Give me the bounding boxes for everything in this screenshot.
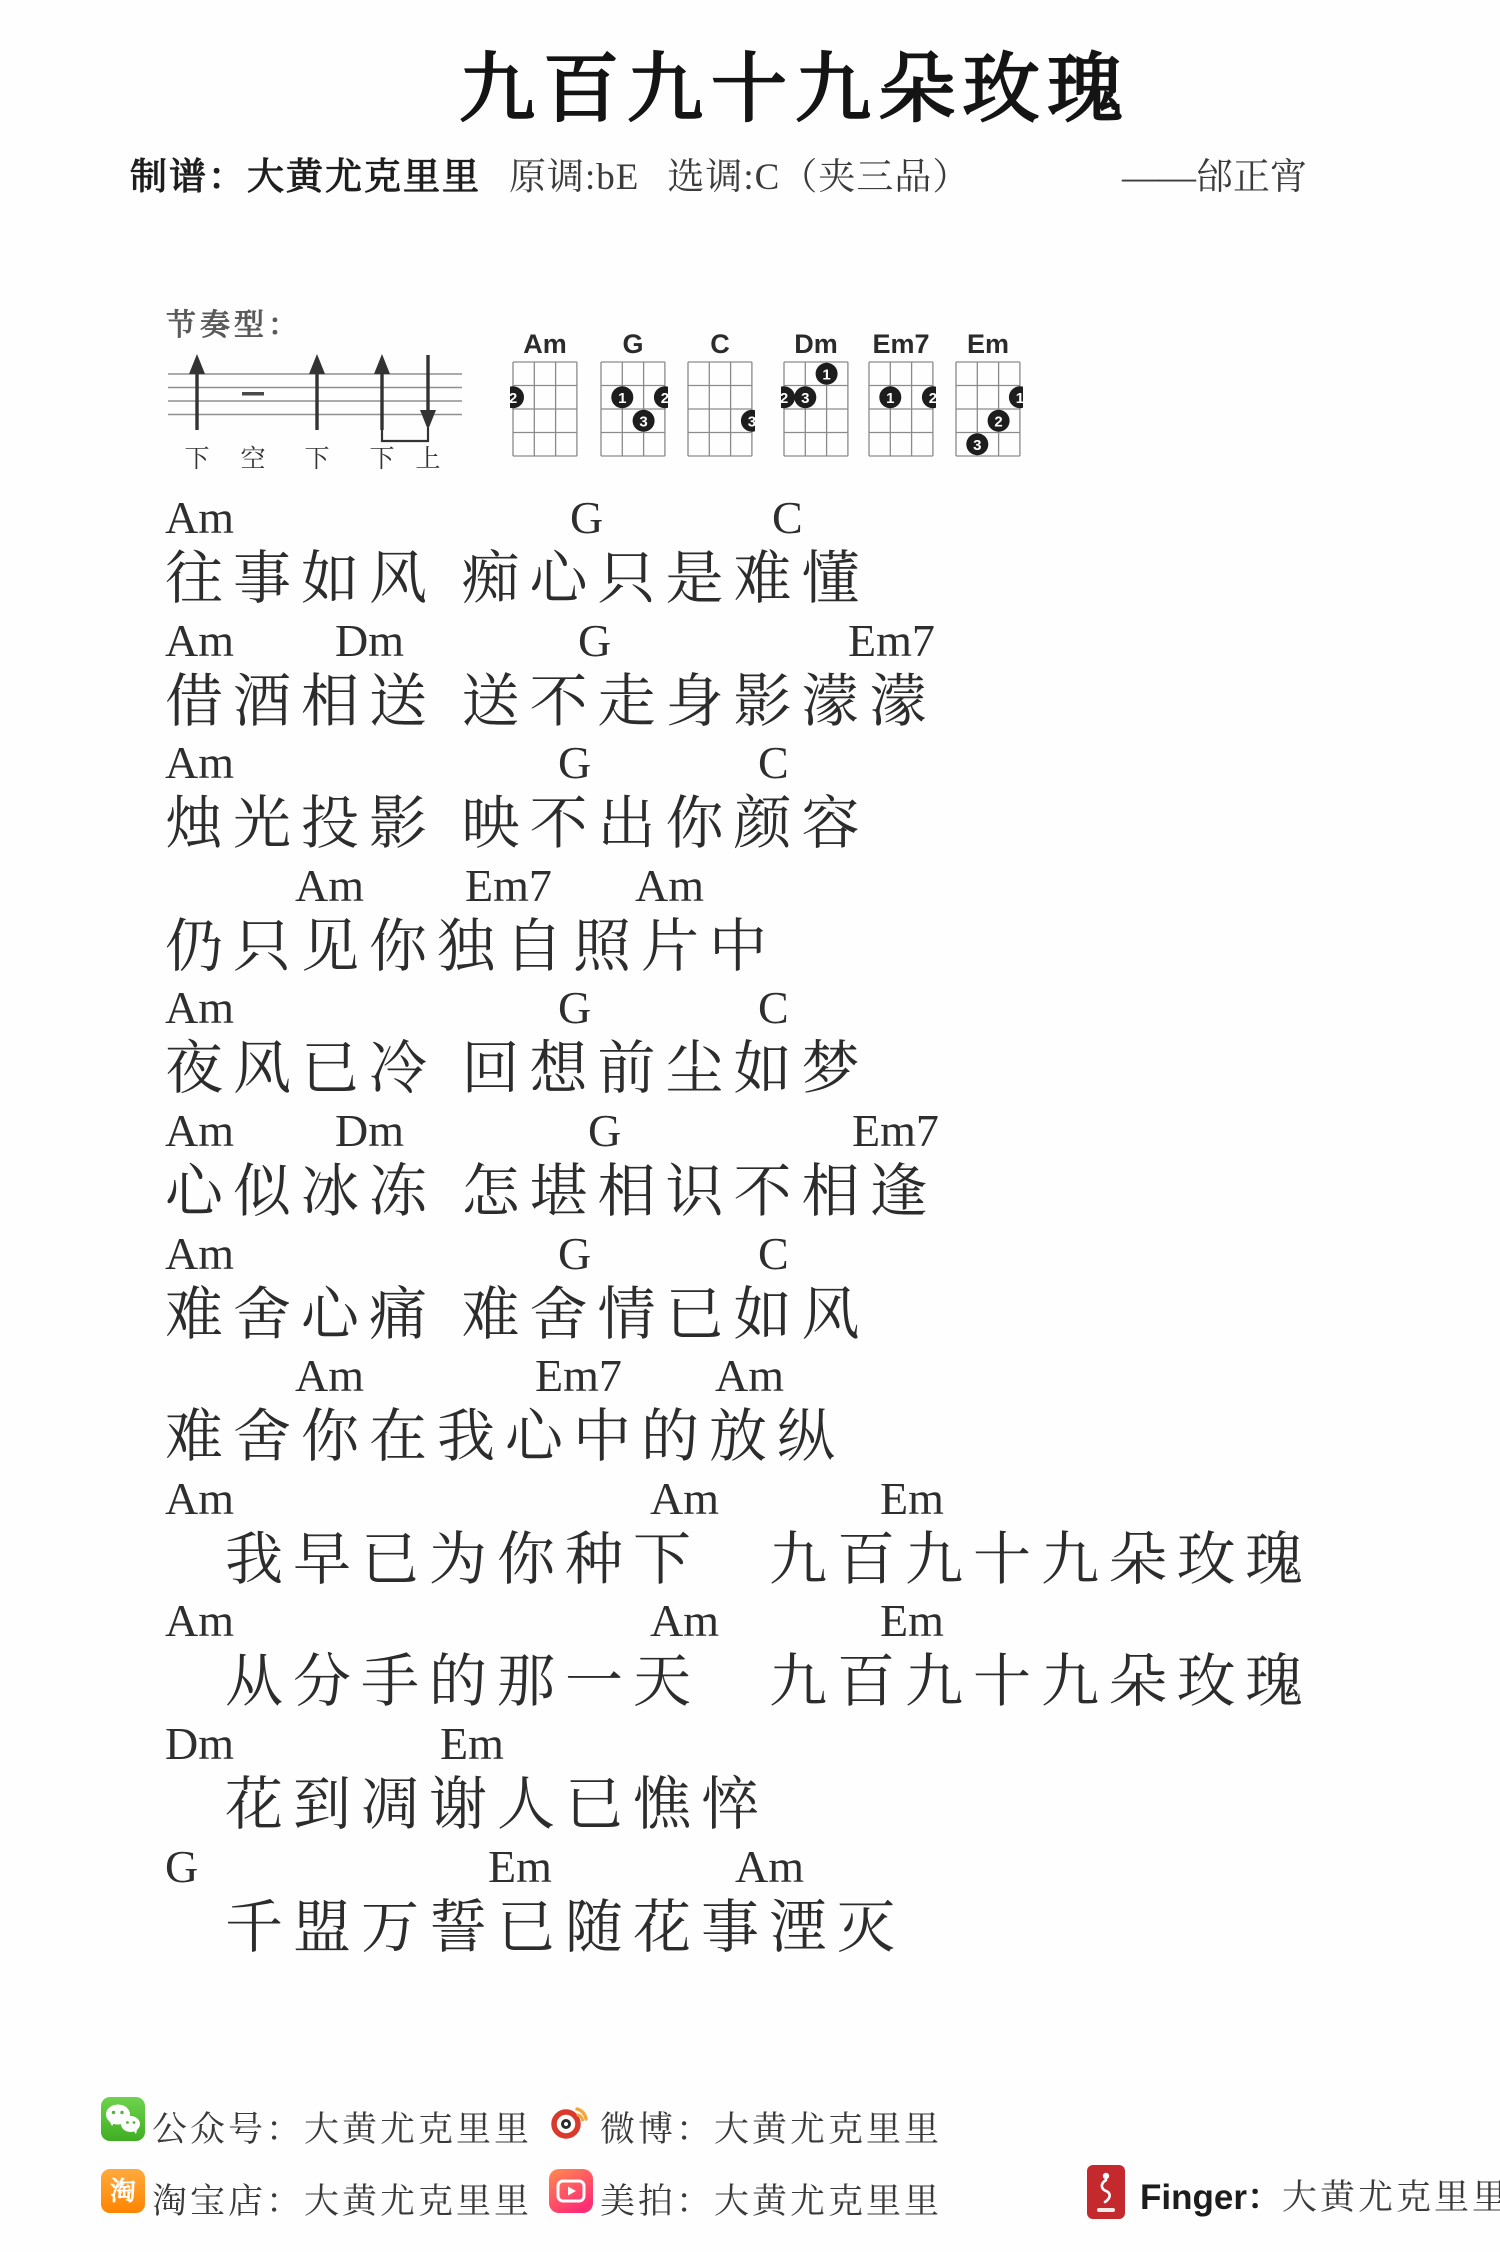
chord-Am: Am — [650, 1593, 719, 1649]
svg-text:2: 2 — [994, 413, 1002, 430]
footer-text: Finger：大黄尤克里里 — [1140, 2170, 1500, 2220]
chord-row: AmGC — [0, 735, 1500, 792]
chord-grid: 123 — [953, 360, 1023, 460]
lyric-line: 往事如风 痴心只是难懂 — [0, 547, 1500, 611]
chord-C: C — [758, 980, 789, 1036]
chord-Dm: Dm — [335, 1103, 404, 1159]
song-lines: AmGC往事如风 痴心只是难懂AmDmGEm7借酒相送 送不走身影濛濛AmGC烛… — [0, 490, 1500, 1961]
chord-row: DmEm — [0, 1716, 1500, 1773]
footer-account-name: 大黄尤克里里 — [304, 2110, 532, 2149]
chord-C: C — [758, 1226, 789, 1282]
chord-Dm: Dm — [335, 613, 404, 669]
strum-arrow-down — [420, 355, 436, 430]
song-line-12: GEmAm千盟万誓已随花事湮灭 — [0, 1839, 1500, 1962]
chord-row: AmAmEm — [0, 1593, 1500, 1650]
lyric-line: 借酒相送 送不走身影濛濛 — [0, 670, 1500, 734]
chord-diagram-name: Dm — [781, 330, 851, 360]
selected-key: 选调:C（夹三品） — [667, 157, 970, 198]
chord-G: G — [578, 613, 611, 669]
chord-diagram-Em7: Em712 — [866, 330, 936, 465]
footer-label: 微博： — [600, 2110, 714, 2149]
lyric-line: 从分手的那一天 九百九十九朵玫瑰 — [0, 1650, 1500, 1714]
song-line-9: AmAmEm我早已为你种下 九百九十九朵玫瑰 — [0, 1471, 1500, 1594]
chord-row: AmGC — [0, 490, 1500, 547]
producer-label: 制谱： — [130, 156, 247, 197]
chord-Am: Am — [165, 1226, 234, 1282]
chord-G: G — [588, 1103, 621, 1159]
chord-Am: Am — [715, 1348, 784, 1404]
song-line-10: AmAmEm从分手的那一天 九百九十九朵玫瑰 — [0, 1593, 1500, 1716]
lyric-line: 心似冰冻 怎堪相识不相逢 — [0, 1160, 1500, 1224]
svg-text:淘: 淘 — [110, 2176, 136, 2206]
lyric-line: 难舍心痛 难舍情已如风 — [0, 1283, 1500, 1347]
chord-diagram-name: Em7 — [866, 330, 936, 360]
strum-label: 下 — [184, 445, 209, 473]
lyric-line: 难舍你在我心中的放纵 — [0, 1405, 1500, 1469]
chord-diagram-name: Am — [510, 330, 580, 360]
svg-text:3: 3 — [748, 413, 755, 430]
sheet-meta: 制谱：大黄尤克里里原调:bE选调:C（夹三品） — [130, 146, 970, 200]
svg-text:2: 2 — [929, 390, 936, 407]
footer-account-name: 大黄尤克里里 — [1282, 2178, 1500, 2217]
song-line-8: AmEm7Am难舍你在我心中的放纵 — [0, 1348, 1500, 1471]
taobao-icon: 淘 — [100, 2168, 146, 2219]
chord-G: G — [558, 1226, 591, 1282]
rest-mark — [242, 392, 264, 396]
footer-text: 公众号：大黄尤克里里 — [152, 2102, 532, 2152]
svg-text:1: 1 — [886, 390, 894, 407]
svg-text:2: 2 — [661, 390, 668, 407]
chord-Em: Em — [880, 1471, 944, 1527]
strum-label: 下 — [304, 445, 329, 473]
footer-label: 公众号： — [152, 2110, 304, 2149]
chord-Em7: Em7 — [535, 1348, 622, 1404]
footer-text: 美拍：大黄尤克里里 — [600, 2174, 942, 2224]
finger-icon — [1086, 2164, 1126, 2225]
chord-grid: 123 — [598, 360, 668, 460]
song-line-7: AmGC难舍心痛 难舍情已如风 — [0, 1226, 1500, 1349]
strum-arrow-up — [189, 354, 205, 430]
chord-C: C — [758, 735, 789, 791]
footer-label: 淘宝店： — [152, 2182, 304, 2221]
artist-credit: ——邰正宵 — [1122, 146, 1307, 200]
chord-Am: Am — [165, 1471, 234, 1527]
chord-sheet-page: 九百九十九朵玫瑰 制谱：大黄尤克里里原调:bE选调:C（夹三品） ——邰正宵 节… — [0, 0, 1500, 2252]
footer-account-name: 大黄尤克里里 — [714, 2110, 942, 2149]
chord-diagram-name: Em — [953, 330, 1023, 360]
chord-diagram-name: G — [598, 330, 668, 360]
chord-grid: 123 — [781, 360, 851, 460]
strum-label: 空 — [240, 445, 265, 473]
chord-Am: Am — [735, 1839, 804, 1895]
strumming-pattern-diagram: 下空下下上 — [160, 340, 480, 478]
chord-Am: Am — [650, 1471, 719, 1527]
chord-diagram-C: C3 — [685, 330, 755, 465]
wechat-icon — [100, 2096, 146, 2147]
chord-row: AmGC — [0, 980, 1500, 1037]
song-line-11: DmEm花到凋谢人已憔悴 — [0, 1716, 1500, 1839]
lyric-line: 仍只见你独自照片中 — [0, 915, 1500, 979]
chord-row: AmAmEm — [0, 1471, 1500, 1528]
chord-diagram-Dm: Dm123 — [781, 330, 851, 465]
chord-row: AmEm7Am — [0, 858, 1500, 915]
svg-text:3: 3 — [801, 390, 809, 407]
svg-text:2: 2 — [510, 390, 517, 407]
weibo-icon — [548, 2096, 594, 2147]
footer-text: 淘宝店：大黄尤克里里 — [152, 2174, 532, 2224]
lyric-line: 夜风已冷 回想前尘如梦 — [0, 1037, 1500, 1101]
svg-text:3: 3 — [973, 437, 981, 454]
chord-C: C — [772, 490, 803, 546]
rhythm-pattern-label: 节奏型： — [166, 300, 302, 344]
producer-name: 大黄尤克里里 — [247, 156, 481, 197]
lyric-line: 花到凋谢人已憔悴 — [0, 1773, 1500, 1837]
chord-Am: Am — [165, 1593, 234, 1649]
footer-account-name: 大黄尤克里里 — [714, 2182, 942, 2221]
chord-diagram-Em: Em123 — [953, 330, 1023, 465]
footer-account-name: 大黄尤克里里 — [304, 2182, 532, 2221]
lyric-line: 千盟万誓已随花事湮灭 — [0, 1896, 1500, 1960]
chord-Em7: Em7 — [852, 1103, 939, 1159]
chord-Am: Am — [165, 980, 234, 1036]
chord-Am: Am — [635, 858, 704, 914]
song-line-3: AmGC烛光投影 映不出你颜容 — [0, 735, 1500, 858]
chord-row: AmDmGEm7 — [0, 1103, 1500, 1160]
chord-grid: 3 — [685, 360, 755, 460]
song-line-2: AmDmGEm7借酒相送 送不走身影濛濛 — [0, 613, 1500, 736]
svg-text:3: 3 — [639, 413, 647, 430]
chord-G: G — [165, 1839, 198, 1895]
chord-diagram-Am: Am2 — [510, 330, 580, 465]
chord-Am: Am — [295, 1348, 364, 1404]
chord-row: AmGC — [0, 1226, 1500, 1283]
meipai-icon — [548, 2168, 594, 2219]
footer-text: 微博：大黄尤克里里 — [600, 2102, 942, 2152]
chord-row: AmDmGEm7 — [0, 613, 1500, 670]
chord-grid: 2 — [510, 360, 580, 460]
page-title: 九百九十九朵玫瑰 — [90, 28, 1500, 137]
svg-text:2: 2 — [781, 390, 788, 407]
svg-text:1: 1 — [822, 366, 830, 383]
song-line-1: AmGC往事如风 痴心只是难懂 — [0, 490, 1500, 613]
lyric-line: 我早已为你种下 九百九十九朵玫瑰 — [0, 1528, 1500, 1592]
chord-diagram-name: C — [685, 330, 755, 360]
strum-arrow-up — [309, 354, 325, 430]
chord-Am: Am — [165, 490, 234, 546]
svg-text:1: 1 — [1016, 390, 1023, 407]
chord-Am: Am — [295, 858, 364, 914]
chord-G: G — [558, 980, 591, 1036]
strum-arrow-up — [374, 354, 390, 430]
song-line-6: AmDmGEm7心似冰冻 怎堪相识不相逢 — [0, 1103, 1500, 1226]
chord-row: GEmAm — [0, 1839, 1500, 1896]
chord-G: G — [570, 490, 603, 546]
chord-Dm: Dm — [165, 1716, 234, 1772]
footer-label: Finger： — [1140, 2178, 1282, 2217]
chord-grid: 12 — [866, 360, 936, 460]
chord-Am: Am — [165, 735, 234, 791]
original-key: 原调:bE — [509, 157, 639, 198]
chord-Am: Am — [165, 1103, 234, 1159]
strum-label: 下 — [369, 445, 394, 473]
chord-diagram-G: G123 — [598, 330, 668, 465]
chord-Em: Em — [488, 1839, 552, 1895]
chord-Em7: Em7 — [465, 858, 552, 914]
strum-label: 上 — [415, 445, 440, 473]
chord-G: G — [558, 735, 591, 791]
chord-Em7: Em7 — [848, 613, 935, 669]
lyric-line: 烛光投影 映不出你颜容 — [0, 792, 1500, 856]
chord-Em: Em — [440, 1716, 504, 1772]
song-line-4: AmEm7Am仍只见你独自照片中 — [0, 858, 1500, 981]
chord-row: AmEm7Am — [0, 1348, 1500, 1405]
song-line-5: AmGC夜风已冷 回想前尘如梦 — [0, 980, 1500, 1103]
svg-text:1: 1 — [618, 390, 626, 407]
chord-Em: Em — [880, 1593, 944, 1649]
footer-label: 美拍： — [600, 2182, 714, 2221]
chord-Am: Am — [165, 613, 234, 669]
